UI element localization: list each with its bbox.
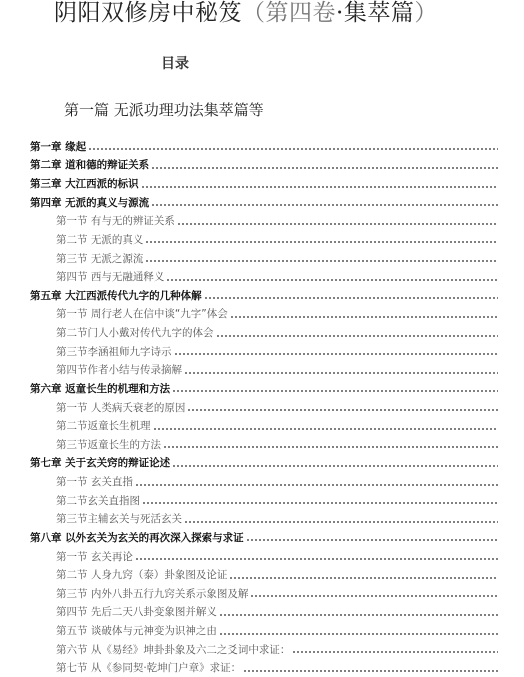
toc-section-entry[interactable]: 第四节 先后二天八卦变象图并解义 [30, 603, 498, 622]
dot-leader [204, 297, 498, 299]
dot-leader [184, 521, 498, 523]
dot-leader [174, 353, 499, 355]
dot-leader [135, 558, 498, 560]
table-of-contents: 第一章 缘起第二章 道和德的辩证关系第三章 大江西派的标识第四章 无派的真义与源… [30, 137, 498, 677]
toc-section-entry[interactable]: 第二节 人身九窍（泰）卦象图及论证 [30, 565, 498, 584]
toc-entry-label: 第四节 西与无融通释义 [56, 269, 164, 284]
toc-chapter-entry[interactable]: 第五章 大江西派传代九字的几种体解 [30, 286, 498, 305]
toc-section-entry[interactable]: 第一节 有与无的辨证关系 [30, 212, 498, 231]
toc-entry-label: 第三章 大江西派的标识 [30, 176, 139, 191]
toc-heading: 目录 [161, 53, 189, 73]
dot-leader [246, 539, 498, 541]
dot-leader [172, 390, 498, 392]
dot-leader [250, 595, 498, 597]
title-subtitle: （第四卷·集萃篇） [242, 0, 438, 26]
toc-section-entry[interactable]: 第三节主辅玄关与死活玄关 [30, 510, 498, 529]
toc-entry-label: 第五章 大江西派传代九字的几种体解 [30, 288, 202, 303]
dot-leader [163, 446, 498, 448]
document-title: 阴阳双修房中秘笈（第四卷·集萃篇） [54, 0, 438, 27]
toc-section-entry[interactable]: 第一节 玄关再论 [30, 547, 498, 566]
toc-entry-label: 第一节 人类病夭衰老的原因 [56, 400, 185, 415]
dot-leader [229, 577, 498, 579]
toc-entry-label: 第六章 返童长生的机理和方法 [30, 381, 170, 396]
toc-entry-label: 第四节 先后二天八卦变象图并解义 [56, 604, 217, 619]
dot-leader [184, 372, 498, 374]
toc-entry-label: 第一节 玄关再论 [56, 549, 133, 564]
dot-leader [219, 633, 498, 635]
dot-leader [151, 204, 498, 206]
toc-section-entry[interactable]: 第二节 无派的真义 [30, 230, 498, 249]
toc-section-entry[interactable]: 第六节 从《易经》坤卦卦象及六二之爻词中求证： [30, 640, 498, 659]
dot-leader [166, 279, 498, 281]
toc-chapter-entry[interactable]: 第七章 关于玄关窍的辩证论述 [30, 454, 498, 473]
toc-entry-label: 第四章 无派的真义与源流 [30, 195, 149, 210]
toc-chapter-entry[interactable]: 第六章 返童长生的机理和方法 [30, 379, 498, 398]
toc-entry-label: 第一节 玄关直指 [56, 474, 133, 489]
toc-entry-label: 第二节 无派的真义 [56, 232, 143, 247]
toc-section-entry[interactable]: 第四节作者小结与传录摘解 [30, 361, 498, 380]
dot-leader [88, 148, 498, 150]
toc-entry-label: 第三节主辅玄关与死活玄关 [56, 511, 182, 526]
toc-entry-label: 第七节 从《参同契·乾坤门户章》求证： [56, 660, 241, 675]
toc-entry-label: 第四节作者小结与传录摘解 [56, 362, 182, 377]
dot-leader [142, 502, 498, 504]
toc-section-entry[interactable]: 第四节 西与无融通释义 [30, 267, 498, 286]
dot-leader [230, 316, 498, 318]
toc-entry-label: 第三节返童长生的方法 [56, 437, 161, 452]
toc-entry-label: 第二节门人小戴对传代九字的体会 [56, 325, 214, 340]
toc-section-entry[interactable]: 第三节 内外八卦五行九窍关系示象图及解 [30, 584, 498, 603]
toc-entry-label: 第七章 关于玄关窍的辩证论述 [30, 455, 170, 470]
toc-entry-label: 第二节玄关直指图 [56, 493, 140, 508]
toc-section-entry[interactable]: 第一节 周行老人在信中谈“九字”体会 [30, 305, 498, 324]
title-main: 阴阳双修房中秘笈 [54, 0, 242, 26]
dot-leader [141, 186, 498, 188]
toc-chapter-entry[interactable]: 第一章 缘起 [30, 137, 498, 156]
toc-chapter-entry[interactable]: 第八章 以外玄关为玄关的再次深入探索与求证 [30, 528, 498, 547]
toc-section-entry[interactable]: 第二节门人小戴对传代九字的体会 [30, 323, 498, 342]
toc-section-entry[interactable]: 第一节 人类病夭衰老的原因 [30, 398, 498, 417]
toc-entry-label: 第一章 缘起 [30, 139, 86, 154]
toc-chapter-entry[interactable]: 第二章 道和德的辩证关系 [30, 156, 498, 175]
part-heading: 第一篇 无派功理功法集萃篇等 [64, 99, 264, 120]
toc-entry-label: 第一节 周行老人在信中谈“九字”体会 [56, 306, 228, 321]
toc-entry-label: 第六节 从《易经》坤卦卦象及六二之爻词中求证： [56, 642, 290, 657]
toc-section-entry[interactable]: 第三节李涵祖师九字诗示 [30, 342, 498, 361]
toc-entry-label: 第八章 以外玄关为玄关的再次深入探索与求证 [30, 530, 244, 545]
dot-leader [145, 241, 498, 243]
toc-entry-label: 第二节返童长生机理 [56, 418, 151, 433]
toc-section-entry[interactable]: 第二节返童长生机理 [30, 416, 498, 435]
toc-entry-label: 第三节 内外八卦五行九窍关系示象图及解 [56, 586, 248, 601]
dot-leader [177, 223, 498, 225]
toc-section-entry[interactable]: 第七节 从《参同契·乾坤门户章》求证： [30, 659, 498, 677]
dot-leader [219, 614, 498, 616]
toc-entry-label: 第五节 谈破体与元神变为识神之由 [56, 623, 217, 638]
toc-entry-label: 第二章 道和德的辩证关系 [30, 157, 149, 172]
toc-entry-label: 第二节 人身九窍（泰）卦象图及论证 [56, 567, 227, 582]
toc-entry-label: 第三节 无派之源流 [56, 251, 143, 266]
toc-entry-label: 第一节 有与无的辨证关系 [56, 213, 175, 228]
dot-leader [135, 484, 498, 486]
toc-section-entry[interactable]: 第三节 无派之源流 [30, 249, 498, 268]
toc-chapter-entry[interactable]: 第三章 大江西派的标识 [30, 174, 498, 193]
dot-leader [153, 428, 499, 430]
dot-leader [243, 670, 498, 672]
dot-leader [151, 167, 498, 169]
toc-entry-label: 第三节李涵祖师九字诗示 [56, 344, 172, 359]
dot-leader [145, 260, 498, 262]
toc-section-entry[interactable]: 第一节 玄关直指 [30, 472, 498, 491]
dot-leader [292, 651, 498, 653]
toc-section-entry[interactable]: 第三节返童长生的方法 [30, 435, 498, 454]
toc-chapter-entry[interactable]: 第四章 无派的真义与源流 [30, 193, 498, 212]
dot-leader [187, 409, 498, 411]
toc-section-entry[interactable]: 第五节 谈破体与元神变为识神之由 [30, 621, 498, 640]
toc-section-entry[interactable]: 第二节玄关直指图 [30, 491, 498, 510]
dot-leader [216, 335, 499, 337]
dot-leader [172, 465, 498, 467]
